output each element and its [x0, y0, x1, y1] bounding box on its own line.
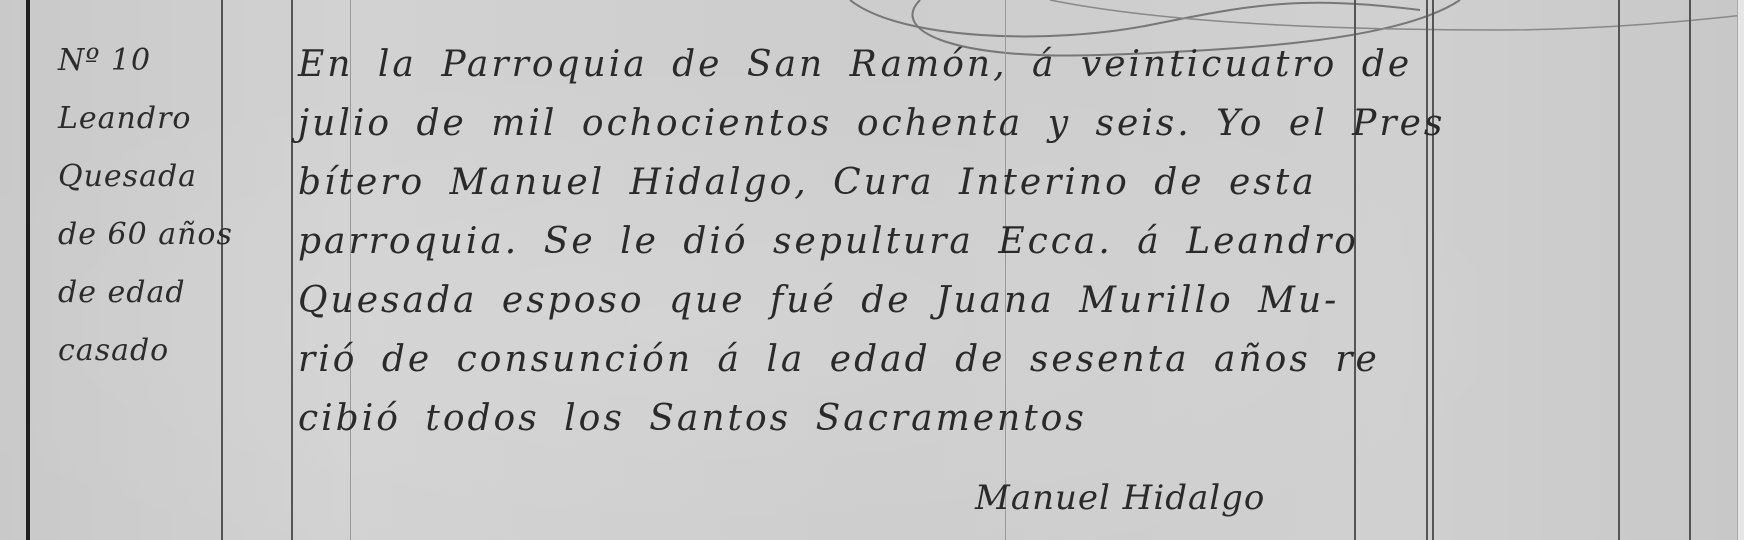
rule-line-left [26, 0, 30, 540]
page-edge [1737, 0, 1744, 540]
margin-line: de 60 años [58, 192, 218, 250]
signature: Manuel Hidalgo [975, 478, 1265, 518]
rule-line [291, 0, 293, 540]
body-line: En la Parroquia de San Ramón, á veinticu… [298, 44, 1738, 103]
ledger-page: Nº 10 Leandro Quesada de 60 años de edad… [0, 0, 1744, 540]
margin-line: Quesada [58, 134, 218, 192]
rule-line [221, 0, 223, 540]
margin-line: casado [58, 308, 218, 366]
record-body: En la Parroquia de San Ramón, á veinticu… [298, 44, 1738, 457]
body-line: bítero Manuel Hidalgo, Cura Interino de … [298, 162, 1738, 221]
entry-number: Nº 10 [58, 18, 218, 76]
margin-line: de edad [58, 250, 218, 308]
margin-entry: Nº 10 Leandro Quesada de 60 años de edad… [58, 18, 218, 366]
body-line: Quesada esposo que fué de Juana Murillo … [298, 280, 1738, 339]
body-line: cibió todos los Santos Sacramentos [298, 398, 1738, 457]
body-line: parroquia. Se le dió sepultura Ecca. á L… [298, 221, 1738, 280]
body-line: rió de consunción á la edad de sesenta a… [298, 339, 1738, 398]
margin-line: Leandro [58, 76, 218, 134]
body-line: julio de mil ochocientos ochenta y seis.… [298, 103, 1738, 162]
